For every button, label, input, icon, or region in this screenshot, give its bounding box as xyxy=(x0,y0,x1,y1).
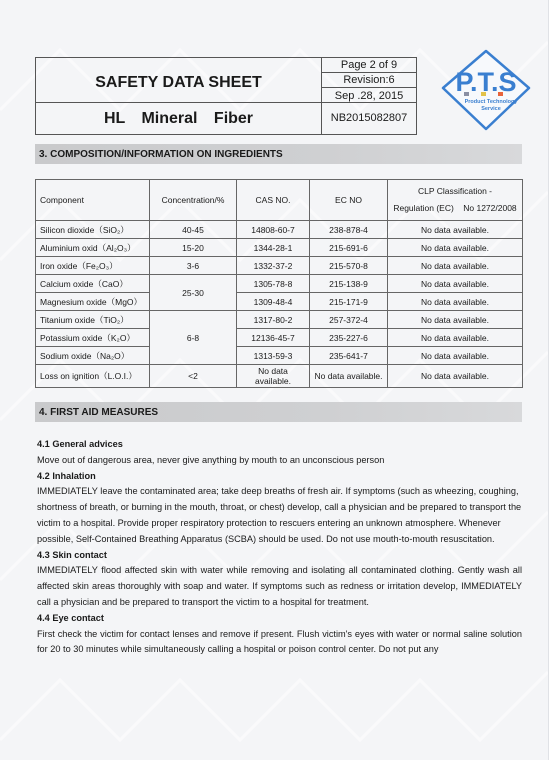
ec-cell: No data available. xyxy=(310,365,388,388)
clp-cell: No data available. xyxy=(388,257,523,275)
component-cell: Loss on ignition（L.O.I.） xyxy=(36,365,150,388)
table-row: Sodium oxide（Na₂O） 1313-59-3 235-641-7 N… xyxy=(36,347,523,365)
component-cell: Iron oxide（Fe₂O₃） xyxy=(36,257,150,275)
cas-cell: 12136-45-7 xyxy=(237,329,310,347)
first-aid-content: 4.1 General advices Move out of dangerou… xyxy=(37,437,522,658)
clp-cell: No data available. xyxy=(388,239,523,257)
revision-date: Sep .28, 2015 xyxy=(322,88,416,103)
table-row: Loss on ignition（L.O.I.） <2 No data avai… xyxy=(36,365,523,388)
svg-text:Service: Service xyxy=(481,106,501,112)
table-row: Potassium oxide（K₂O） 12136-45-7 235-227-… xyxy=(36,329,523,347)
document-number: NB2015082807 xyxy=(322,103,416,134)
clp-cell: No data available. xyxy=(388,347,523,365)
column-header-cas: CAS NO. xyxy=(237,180,310,221)
ec-cell: 235-641-7 xyxy=(310,347,388,365)
cas-cell: 1313-59-3 xyxy=(237,347,310,365)
document-title: SAFETY DATA SHEET xyxy=(36,58,321,103)
clp-cell: No data available. xyxy=(388,221,523,239)
document-header: SAFETY DATA SHEET HL Mineral Fiber Page … xyxy=(35,57,417,135)
table-row: Iron oxide（Fe₂O₃） 3-6 1332-37-2 215-570-… xyxy=(36,257,523,275)
subsection-heading-eye: 4.4 Eye contact xyxy=(37,611,522,627)
concentration-cell: 15-20 xyxy=(150,239,237,257)
clp-cell: No data available. xyxy=(388,275,523,293)
column-header-clp: CLP Classification - Regulation (EC) No … xyxy=(388,180,523,221)
subsection-text-general: Move out of dangerous area, never give a… xyxy=(37,453,522,469)
table-row: Aluminium oxid（Al₂O₃） 15-20 1344-28-1 21… xyxy=(36,239,523,257)
table-row: Titanium oxide（TiO₂） 6-8 1317-80-2 257-3… xyxy=(36,311,523,329)
cas-cell: 1317-80-2 xyxy=(237,311,310,329)
concentration-cell: 25-30 xyxy=(150,275,237,311)
ec-cell: 235-227-6 xyxy=(310,329,388,347)
revision: Revision:6 xyxy=(322,73,416,88)
page-number: Page 2 of 9 xyxy=(322,58,416,73)
ec-cell: 257-372-4 xyxy=(310,311,388,329)
subsection-text-inhalation: IMMEDIATELY leave the contaminated area;… xyxy=(37,484,522,547)
clp-cell: No data available. xyxy=(388,293,523,311)
column-header-component: Component xyxy=(36,180,150,221)
component-cell: Silicon dioxide（SiO₂） xyxy=(36,221,150,239)
clp-header-line-1: CLP Classification - xyxy=(392,183,518,200)
svg-text:Product Technology: Product Technology xyxy=(465,99,519,105)
column-header-concentration: Concentration/% xyxy=(150,180,237,221)
ec-cell: 215-570-8 xyxy=(310,257,388,275)
subsection-text-eye: First check the victim for contact lense… xyxy=(37,627,522,659)
ec-cell: 215-171-9 xyxy=(310,293,388,311)
component-cell: Calcium oxide（CaO） xyxy=(36,275,150,293)
subsection-text-skin: IMMEDIATELY flood affected skin with wat… xyxy=(37,563,522,610)
subsection-heading-skin: 4.3 Skin contact xyxy=(37,548,522,564)
clp-cell: No data available. xyxy=(388,365,523,388)
clp-cell: No data available. xyxy=(388,311,523,329)
section-4-heading: 4. FIRST AID MEASURES xyxy=(35,402,522,422)
cas-cell: 1344-28-1 xyxy=(237,239,310,257)
pts-logo-icon: P.T.S Product Technology Service xyxy=(440,48,532,132)
concentration-cell: 6-8 xyxy=(150,311,237,365)
table-row: Calcium oxide（CaO） 25-30 1305-78-8 215-1… xyxy=(36,275,523,293)
column-header-ec: EC NO xyxy=(310,180,388,221)
component-cell: Sodium oxide（Na₂O） xyxy=(36,347,150,365)
table-header-row: Component Concentration/% CAS NO. EC NO … xyxy=(36,180,523,221)
subsection-heading-general: 4.1 General advices xyxy=(37,437,522,453)
concentration-cell: 3-6 xyxy=(150,257,237,275)
concentration-cell: 40-45 xyxy=(150,221,237,239)
table-row: Magnesium oxide（MgO） 1309-48-4 215-171-9… xyxy=(36,293,523,311)
component-cell: Magnesium oxide（MgO） xyxy=(36,293,150,311)
cas-cell: 1305-78-8 xyxy=(237,275,310,293)
section-3-heading: 3. COMPOSITION/INFORMATION ON INGREDIENT… xyxy=(35,144,522,164)
composition-table: Component Concentration/% CAS NO. EC NO … xyxy=(35,179,523,388)
component-cell: Titanium oxide（TiO₂） xyxy=(36,311,150,329)
component-cell: Potassium oxide（K₂O） xyxy=(36,329,150,347)
concentration-cell: <2 xyxy=(150,365,237,388)
table-row: Silicon dioxide（SiO₂） 40-45 14808-60-7 2… xyxy=(36,221,523,239)
clp-cell: No data available. xyxy=(388,329,523,347)
ec-cell: 215-138-9 xyxy=(310,275,388,293)
document-page: SAFETY DATA SHEET HL Mineral Fiber Page … xyxy=(0,0,549,760)
cas-cell: No data available. xyxy=(237,365,310,388)
component-cell: Aluminium oxid（Al₂O₃） xyxy=(36,239,150,257)
ec-cell: 238-878-4 xyxy=(310,221,388,239)
subsection-heading-inhalation: 4.2 Inhalation xyxy=(37,469,522,485)
product-name: HL Mineral Fiber xyxy=(36,103,321,134)
cas-cell: 1309-48-4 xyxy=(237,293,310,311)
clp-header-line-2: Regulation (EC) No 1272/2008 xyxy=(392,200,518,217)
ec-cell: 215-691-6 xyxy=(310,239,388,257)
cas-cell: 1332-37-2 xyxy=(237,257,310,275)
cas-cell: 14808-60-7 xyxy=(237,221,310,239)
